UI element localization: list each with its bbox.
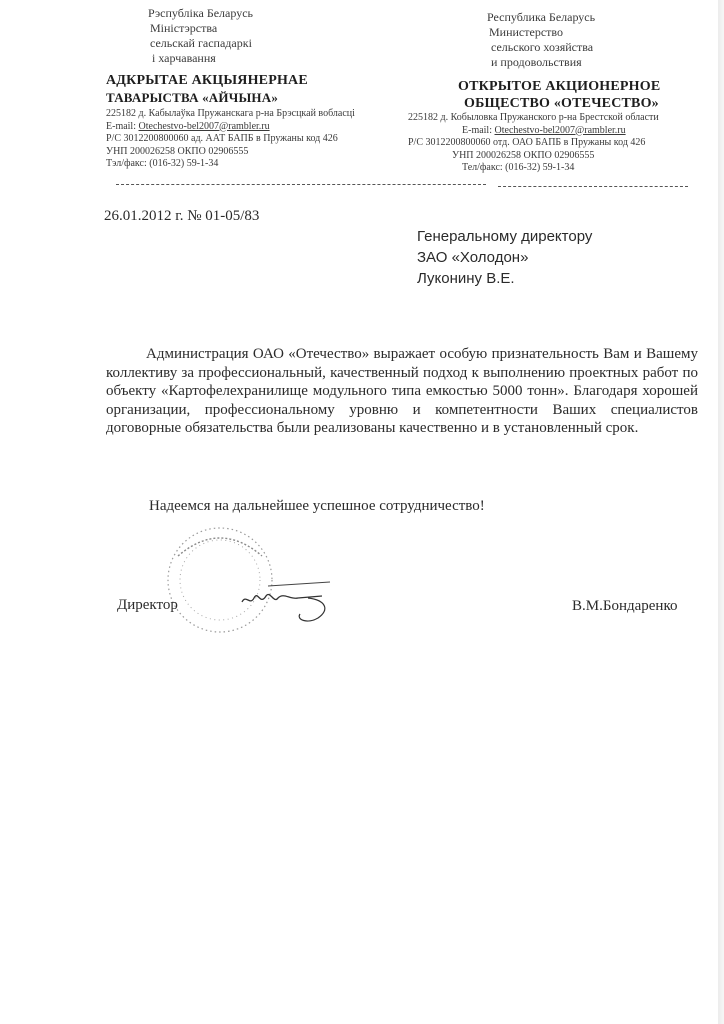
left-org-name: АДКРЫТАЕ АКЦЫЯНЕРНАЕ ТАВАРЫСТВА «АЙЧЫНА» [106,72,308,106]
addressee-line: ЗАО «Холодон» [417,247,592,268]
bank-account: Р/С 3012200800060 ад. ААТ БАПБ в Пружаны… [106,133,355,146]
right-requisites: 225182 д. Кобыловка Пружанского р-на Бре… [408,112,659,175]
email-label: E-mail: [106,121,139,132]
header-divider [116,184,486,185]
email-link: Otechestvo-bel2007@rambler.ru [139,121,270,132]
email-line: E-mail: Otechestvo-bel2007@rambler.ru [408,125,659,138]
unp-okpo: УНП 200026258 ОКПО 02906555 [408,150,659,163]
right-org-name: ОТКРЫТОЕ АКЦИОНЕРНОЕ ОБЩЕСТВО «ОТЕЧЕСТВО… [458,78,660,112]
signer-name: В.М.Бондаренко [572,598,677,615]
ministry-line: Министерство [487,25,595,40]
org-line: ОТКРЫТОЕ АКЦИОНЕРНОЕ [458,78,660,95]
body-paragraph: Администрация ОАО «Отечество» выражает о… [106,345,698,438]
ministry-line: сельскай гаспадаркі [148,36,253,51]
address: 225182 д. Кабылаўка Пружанскага р-на Брэ… [106,108,355,121]
addressee-block: Генеральному директору ЗАО «Холодон» Лук… [417,226,592,289]
left-ministry-block: Рэспубліка Беларусь Міністэрства сельска… [148,6,253,66]
letter-body: Администрация ОАО «Отечество» выражает о… [106,345,698,438]
addressee-line: Генеральному директору [417,226,592,247]
header-divider [498,186,688,187]
ministry-line: Міністэрства [148,21,253,36]
right-ministry-block: Республика Беларусь Министерство сельско… [487,10,595,70]
bank-account: Р/С 3012200800060 отд. ОАО БАПБ в Пружан… [408,137,659,150]
phone: Тел/факс: (016-32) 59-1-34 [408,162,659,175]
ministry-line: сельского хозяйства [487,40,595,55]
org-line: ОБЩЕСТВО «ОТЕЧЕСТВО» [458,95,660,112]
email-label: E-mail: [462,125,495,136]
ministry-line: і харчавання [148,51,253,66]
date-and-number: 26.01.2012 г. № 01-05/83 [104,208,259,225]
signer-title: Директор [117,597,178,614]
scanned-letter-page: Рэспубліка Беларусь Міністэрства сельска… [0,0,724,1024]
unp-okpo: УНП 200026258 ОКПО 02906555 [106,146,355,159]
email-line: E-mail: Otechestvo-bel2007@rambler.ru [106,121,355,134]
addressee-line: Луконину В.Е. [417,268,592,289]
scan-edge [718,0,724,1024]
ministry-line: и продовольствия [487,55,595,70]
ministry-line: Республика Беларусь [487,10,595,25]
address: 225182 д. Кобыловка Пружанского р-на Бре… [408,112,659,125]
signature-icon [238,576,338,626]
closing-line: Надеемся на дальнейшее успешное сотрудни… [149,498,485,515]
ministry-line: Рэспубліка Беларусь [148,6,253,21]
phone: Тэл/факс: (016-32) 59-1-34 [106,158,355,171]
org-line: АДКРЫТАЕ АКЦЫЯНЕРНАЕ [106,72,308,89]
org-line: ТАВАРЫСТВА «АЙЧЫНА» [106,89,308,106]
left-requisites: 225182 д. Кабылаўка Пружанскага р-на Брэ… [106,108,355,171]
email-link: Otechestvo-bel2007@rambler.ru [495,125,626,136]
